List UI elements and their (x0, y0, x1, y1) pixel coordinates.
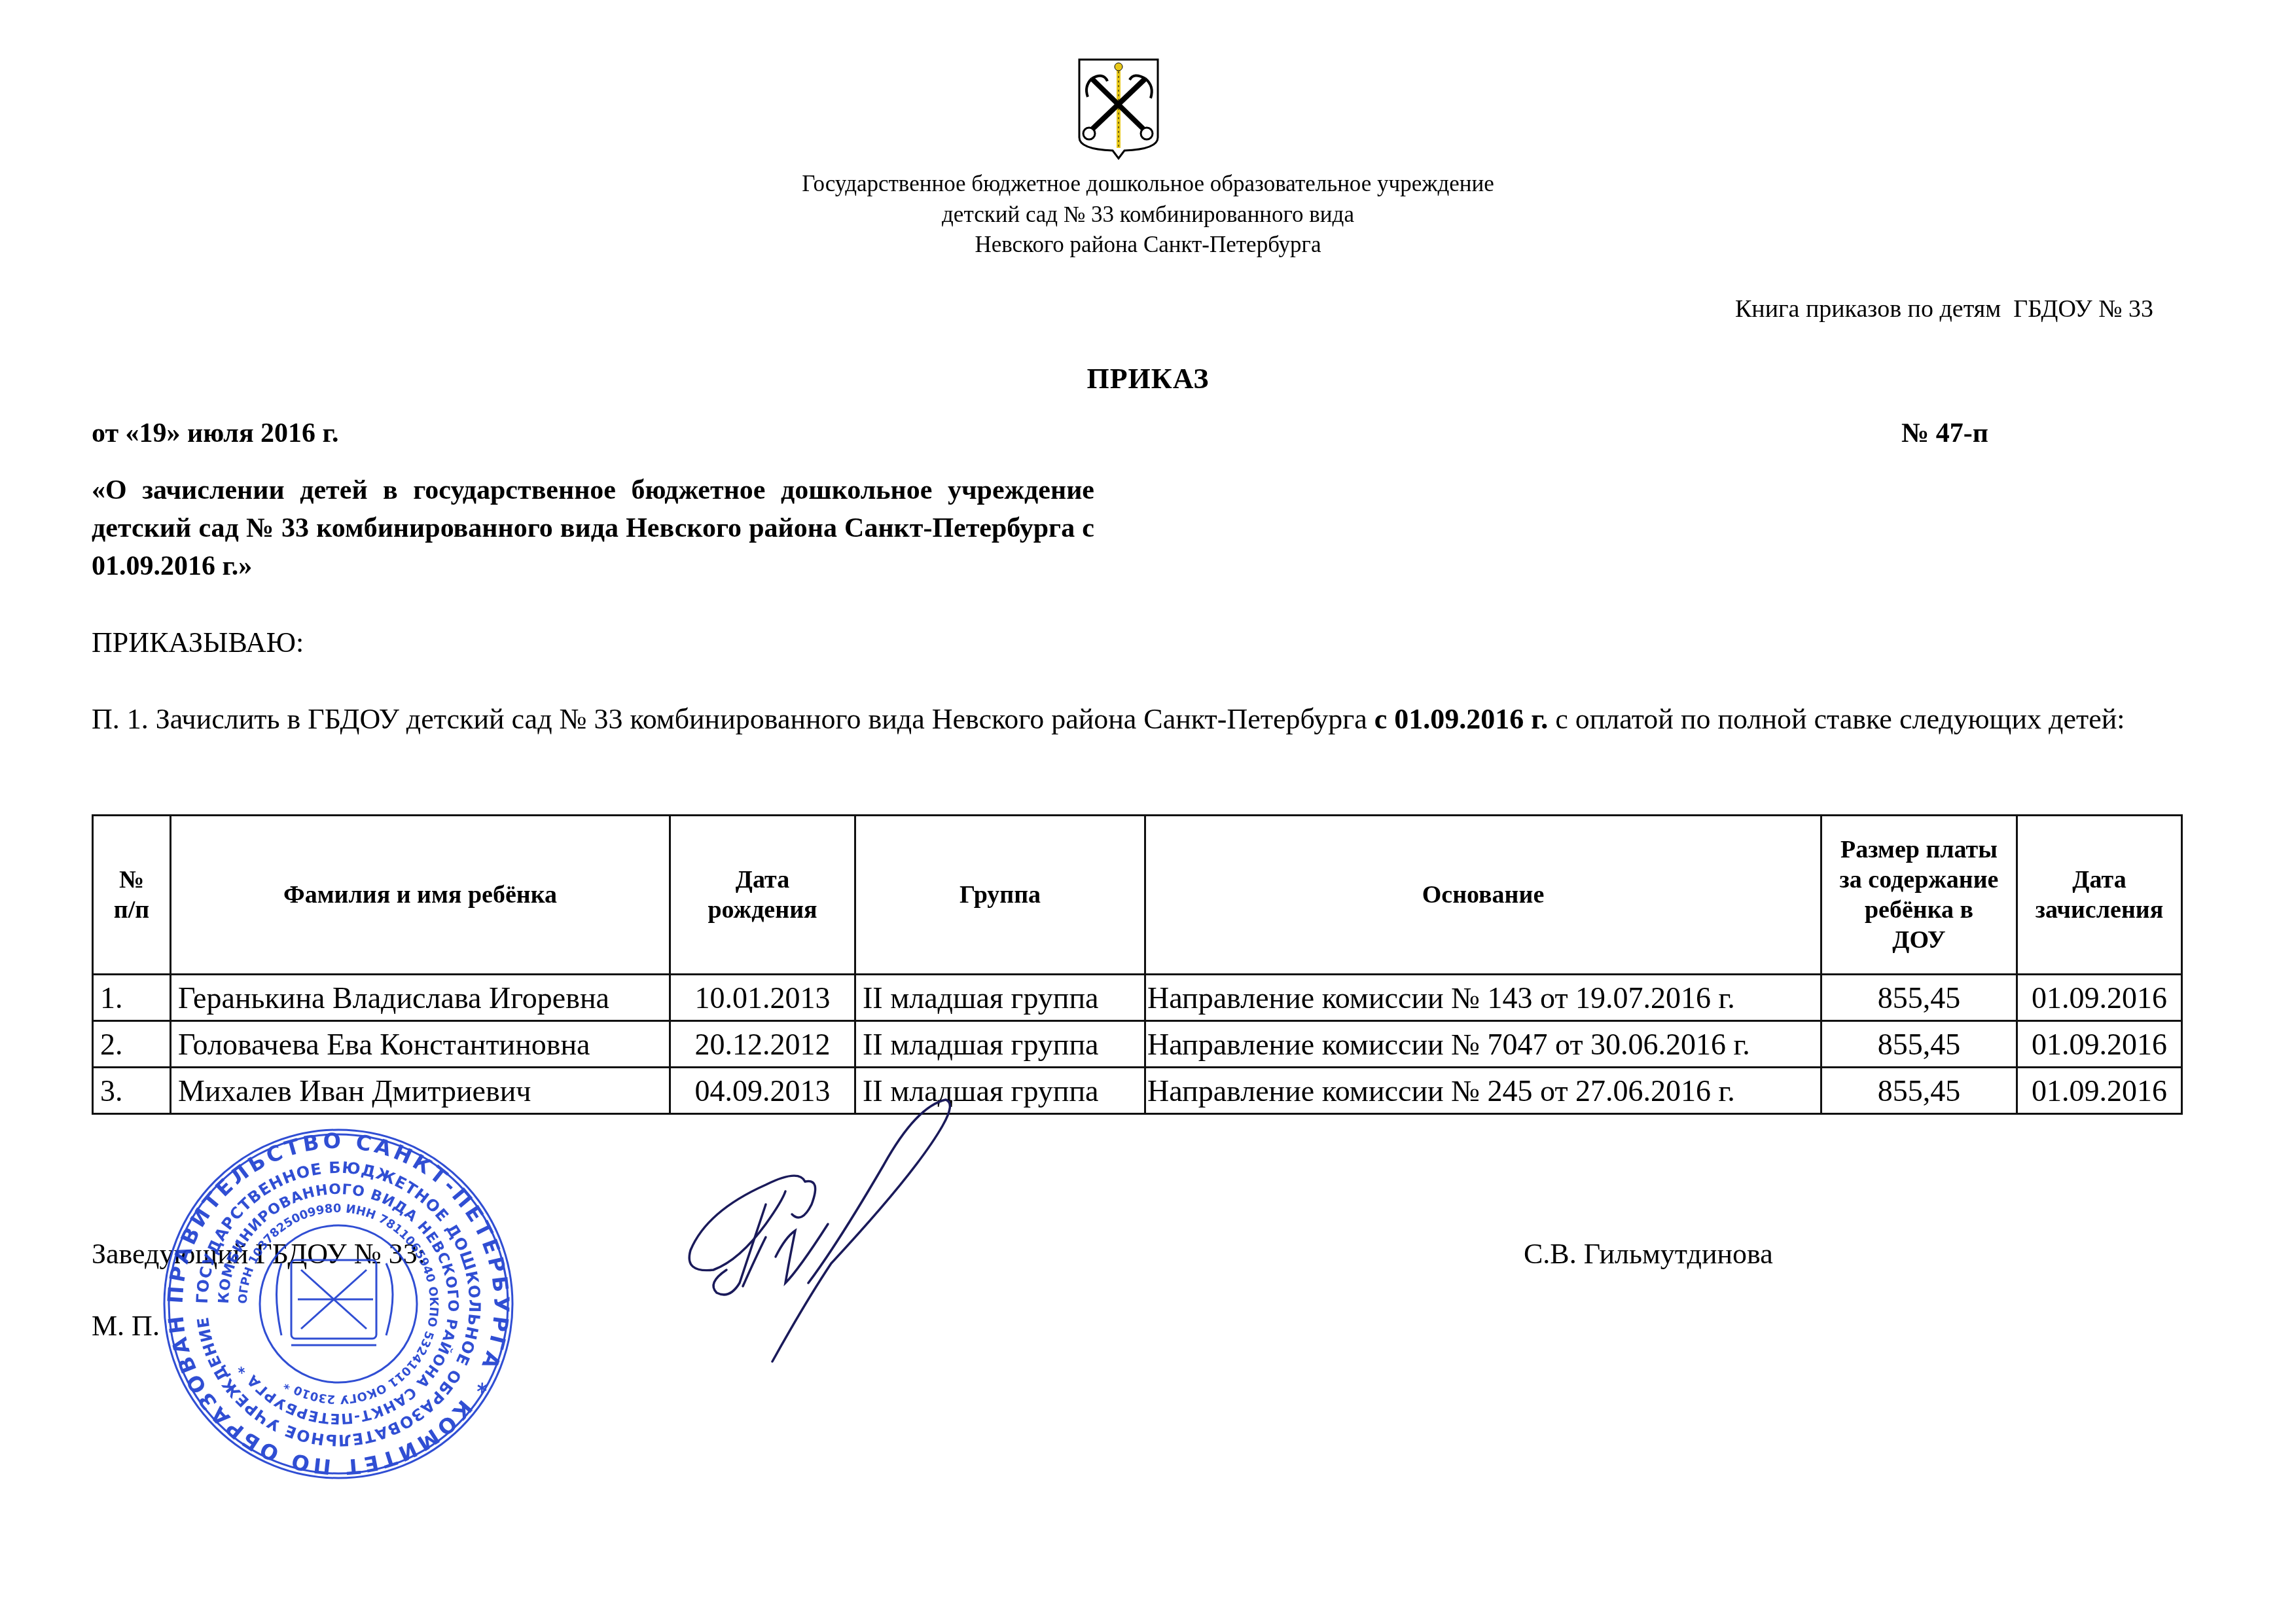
cell-fee: 855,45 (1821, 1021, 2017, 1068)
paragraph-1-text-end: с оплатой по полной ставке следующих дет… (1548, 703, 2125, 735)
cell-number: 1. (93, 975, 171, 1021)
children-table: № п/п Фамилия и имя ребёнка Дата рождени… (92, 814, 2183, 1115)
cell-basis: Направление комиссии № 245 от 27.06.2016… (1145, 1068, 1821, 1114)
table-row: 1. Геранькина Владислава Игоревна 10.01.… (93, 975, 2182, 1021)
document-title: ПРИКАЗ (0, 362, 2296, 395)
column-header-enrollment-date: Дата зачисления (2017, 816, 2182, 975)
order-date: от «19» июля 2016 г. (92, 418, 338, 449)
column-header-fee: Размер платы за содержание ребёнка в ДОУ (1821, 816, 2017, 975)
order-number: № 47-п (1901, 418, 1988, 449)
org-name-line-1: Государственное бюджетное дошкольное обр… (0, 169, 2296, 199)
cell-child-name: Геранькина Владислава Игоревна (171, 975, 670, 1021)
cell-enrollment-date: 01.09.2016 (2017, 975, 2182, 1021)
cell-child-name: Михалев Иван Дмитриевич (171, 1068, 670, 1114)
cell-basis: Направление комиссии № 143 от 19.07.2016… (1145, 975, 1821, 1021)
cell-child-name: Головачева Ева Константиновна (171, 1021, 670, 1068)
cell-birth-date: 10.01.2013 (670, 975, 855, 1021)
cell-group: II младшая группа (855, 975, 1145, 1021)
cell-enrollment-date: 01.09.2016 (2017, 1068, 2182, 1114)
order-book-reference: Книга приказов по детям ГБДОУ № 33 (1735, 295, 2153, 323)
handwritten-signature-icon (668, 1074, 969, 1381)
column-header-basis: Основание (1145, 816, 1821, 975)
table-header-row: № п/п Фамилия и имя ребёнка Дата рождени… (93, 816, 2182, 975)
paragraph-1: П. 1. Зачислить в ГБДОУ детский сад № 33… (92, 700, 2155, 738)
cell-fee: 855,45 (1821, 1068, 2017, 1114)
coat-of-arms-icon (1077, 58, 1160, 160)
cell-number: 3. (93, 1068, 171, 1114)
cell-basis: Направление комиссии № 7047 от 30.06.201… (1145, 1021, 1821, 1068)
table-row: 2. Головачева Ева Константиновна 20.12.2… (93, 1021, 2182, 1068)
cell-enrollment-date: 01.09.2016 (2017, 1021, 2182, 1068)
org-name-line-3: Невского района Санкт-Петербурга (0, 230, 2296, 260)
column-header-group: Группа (855, 816, 1145, 975)
paragraph-1-text: П. 1. Зачислить в ГБДОУ детский сад № 33… (92, 703, 1374, 735)
column-header-number: № п/п (93, 816, 171, 975)
seal-place-label: М. П. (92, 1309, 160, 1343)
table-row: 3. Михалев Иван Дмитриевич 04.09.2013 II… (93, 1068, 2182, 1114)
decree-heading: ПРИКАЗЫВАЮ: (92, 626, 304, 659)
order-subject: «О зачислении детей в государственное бю… (92, 471, 1094, 585)
org-name-line-2: детский сад № 33 комбинированного вида (0, 200, 2296, 230)
column-header-birth-date: Дата рождения (670, 816, 855, 975)
official-stamp-icon: ПРАВИТЕЛЬСТВО САНКТ-ПЕТЕРБУРГА * КОМИТЕТ… (160, 1126, 517, 1483)
cell-birth-date: 20.12.2012 (670, 1021, 855, 1068)
paragraph-1-bold-date: с 01.09.2016 г. (1374, 703, 1549, 735)
column-header-name: Фамилия и имя ребёнка (171, 816, 670, 975)
cell-number: 2. (93, 1021, 171, 1068)
signatory-name: С.В. Гильмутдинова (1524, 1237, 1773, 1271)
cell-group: II младшая группа (855, 1021, 1145, 1068)
cell-fee: 855,45 (1821, 975, 2017, 1021)
